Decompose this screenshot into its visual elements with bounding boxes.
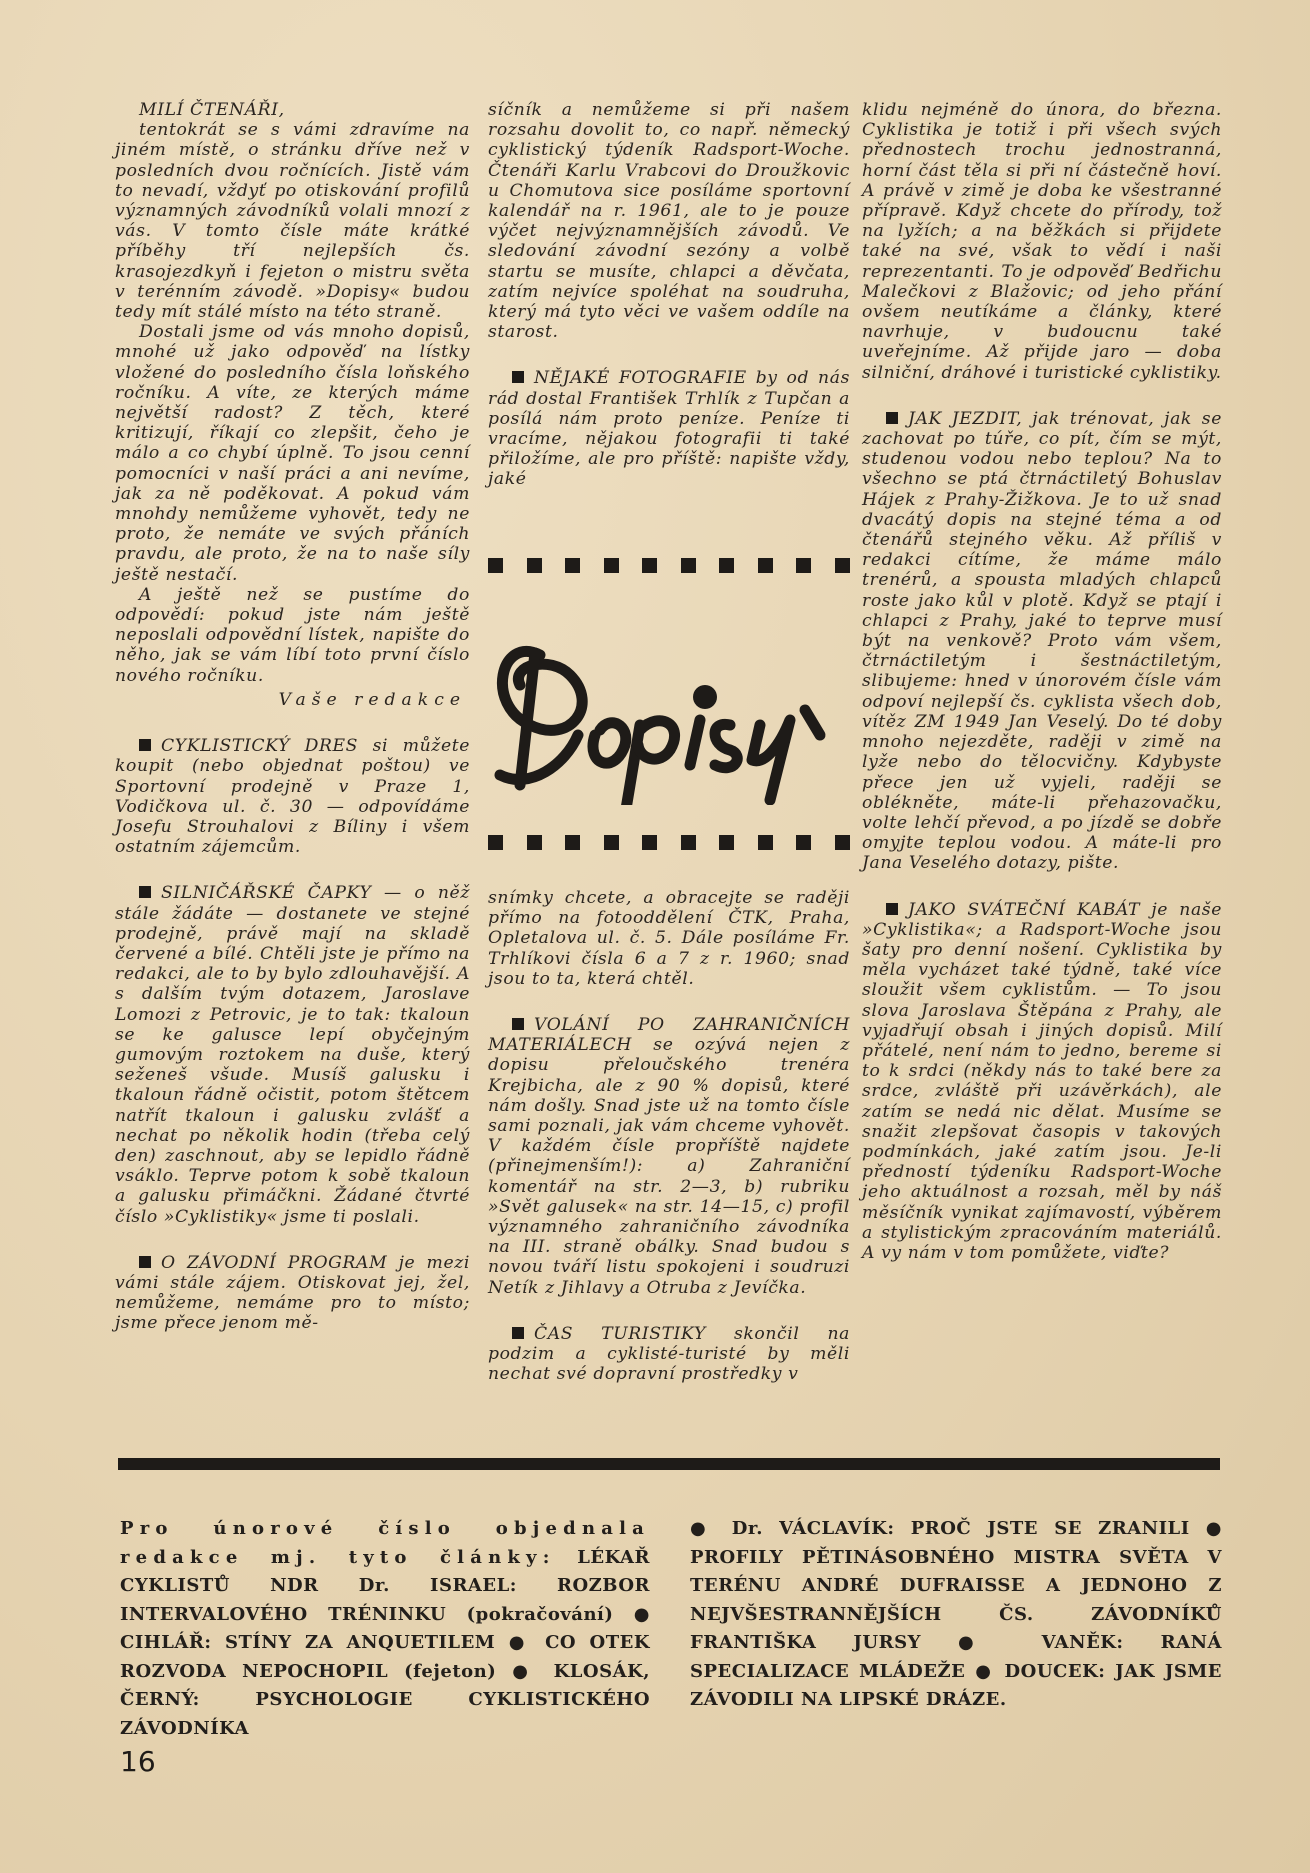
letter-item-dres: CYKLISTICKÝ DRES si můžete koupit (nebo … [115,736,470,857]
decorative-dot-row-bottom [488,835,850,849]
letter-item-fotografie: NĚJAKÉ FOTOGRAFIE by od nás rád dostal F… [488,368,850,489]
intro-paragraph-2: Dostali jsme od vás mnoho dopisů, mnohé … [115,322,470,585]
column-1: MILÍ ČTENÁŘI, tentokrát se s vámi zdraví… [115,100,470,1334]
column-2-top: síčník a nemůžeme si při našem rozsahu d… [488,100,850,490]
signature: Vaše redakce [115,690,470,710]
item-heading: SILNIČÁŘSKÉ ČAPKY [161,883,371,903]
page-number: 16 [120,1745,156,1778]
letter-item-svatecni-kabat: JAKO SVÁTEČNÍ KABÁT je naše »Cyklistika«… [862,900,1222,1264]
footer-announcement-right: ● Dr. VÁCLAVÍK: PROČ JSTE SE ZRANILI ● P… [690,1515,1222,1715]
square-bullet-icon [886,412,898,424]
footer-left-body: LÉKAŘ CYKLISTŮ NDR Dr. ISRAEL: ROZBOR IN… [120,1547,650,1739]
item-body: — o něž stále žádáte — dostanete ve stej… [115,883,470,1226]
square-bullet-icon [139,1256,151,1268]
greeting: MILÍ ČTENÁŘI, [115,100,470,120]
letter-item-program: O ZÁVODNÍ PROGRAM je mezi vámi stále záj… [115,1253,470,1334]
letter-item-zahranicni: VOLÁNÍ PO ZAHRANIČNÍCH MATERIÁLECH se oz… [488,1015,850,1298]
continued-paragraph: síčník a nemůžeme si při našem rozsahu d… [488,100,850,342]
item-body: je naše »Cyklistika«; a Radsport-Woche j… [862,900,1222,1263]
item-body: jak trénovat, jak se zachovat po túře, c… [862,409,1222,873]
item-heading: O ZÁVODNÍ PROGRAM [161,1253,387,1273]
horizontal-divider [118,1458,1220,1470]
item-heading: JAKO SVÁTEČNÍ KABÁT [908,900,1140,920]
continued-paragraph: snímky chcete, a obracejte se raději pří… [488,888,850,989]
intro-paragraph-3: A ještě než se pustíme do odpovědí: poku… [115,585,470,686]
footer-lead: Pro únorové číslo objednala redakce mj. … [120,1518,650,1568]
item-heading: ČAS TURISTIKY [534,1324,706,1344]
footer-announcement-left: Pro únorové číslo objednala redakce mj. … [120,1515,650,1743]
square-bullet-icon [512,371,524,383]
continued-paragraph: klidu nejméně do února, do března. Cykli… [862,100,1222,383]
square-bullet-icon [512,1018,524,1030]
square-bullet-icon [886,903,898,915]
item-body: se ozývá nejen z dopisu přeloučského tre… [488,1035,850,1297]
decorative-dot-row-top [488,558,850,572]
item-heading: JAK JEZDIT, [908,409,1022,429]
letter-item-turistika: ČAS TURISTIKY skončil na podzim a cyklis… [488,1324,850,1385]
dopisy-logo [490,615,850,805]
square-bullet-icon [139,739,151,751]
item-heading: CYKLISTICKÝ DRES [161,736,358,756]
square-bullet-icon [139,886,151,898]
letter-item-capky: SILNIČÁŘSKÉ ČAPKY — o něž stále žádáte —… [115,883,470,1226]
magazine-page: MILÍ ČTENÁŘI, tentokrát se s vámi zdraví… [0,0,1310,1873]
dopisy-script-title-icon [490,615,850,805]
intro-paragraph-1: tentokrát se s vámi zdravíme na jiném mí… [115,120,470,322]
column-3: klidu nejméně do února, do března. Cykli… [862,100,1222,1263]
column-2-bottom: snímky chcete, a obracejte se raději pří… [488,888,850,1384]
letter-item-jak-jezdit: JAK JEZDIT, jak trénovat, jak se zachova… [862,409,1222,874]
item-heading: NĚJAKÉ FOTOGRAFIE [534,368,747,388]
footer-right-body: ● Dr. VÁCLAVÍK: PROČ JSTE SE ZRANILI ● P… [690,1518,1222,1710]
square-bullet-icon [512,1327,524,1339]
